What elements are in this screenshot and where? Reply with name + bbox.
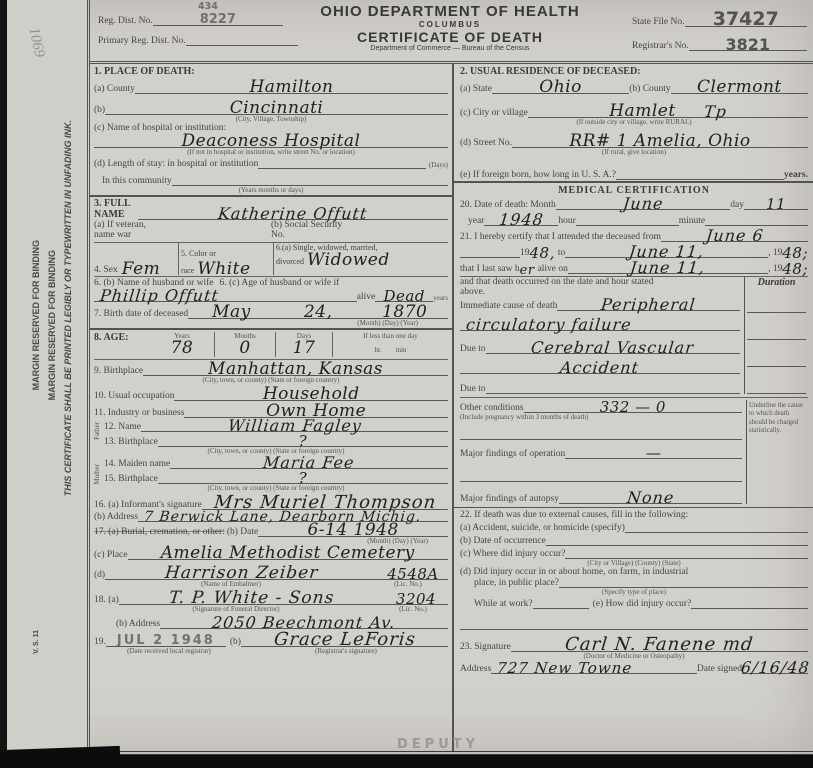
autopsy-findings-label: Major findings of autopsy bbox=[460, 494, 559, 504]
deputy-stamp: DEPUTY bbox=[397, 737, 479, 752]
underline-note-box: Underline the cause to which death shoul… bbox=[746, 400, 808, 504]
dod-month: June bbox=[622, 196, 664, 212]
veteran-label2: name war bbox=[94, 230, 271, 240]
res-state-label: (a) State bbox=[460, 84, 492, 94]
op-findings-value: — bbox=[646, 446, 662, 461]
physician-signature: Carl N. Fanene md bbox=[564, 636, 754, 654]
physician-address: 727 New Towne bbox=[496, 661, 633, 676]
dod-day: 11 bbox=[766, 197, 786, 212]
certificate-title: CERTIFICATE OF DEATH bbox=[265, 29, 635, 45]
dod-minute-blank bbox=[705, 215, 808, 226]
res-county-value: Clermont bbox=[697, 79, 782, 96]
mother-name-value: Maria Fee bbox=[263, 455, 356, 471]
injury-place-sub: (Specify type of place) bbox=[460, 588, 808, 596]
state-file-label: State File No. bbox=[632, 17, 685, 27]
industry-label: 11. Industry or business bbox=[94, 408, 184, 418]
form-header: OHIO DEPARTMENT OF HEALTH COLUMBUS CERTI… bbox=[90, 0, 813, 64]
state-file-number: 37427 bbox=[713, 8, 779, 30]
dod-year-label: year bbox=[460, 216, 484, 226]
age-years-value: 78 bbox=[150, 340, 214, 357]
form-number: V. S. 11 bbox=[33, 630, 40, 654]
embalmer-signature: Harrison Zeiber bbox=[164, 565, 319, 582]
embalmer-lic-sub: (Lic. No.) bbox=[368, 580, 448, 588]
spouse-age-suffix: years bbox=[433, 294, 448, 302]
informant-address: 7 Berwick Lane, Dearborn Michig. bbox=[143, 510, 422, 524]
injury-where-blank bbox=[565, 548, 808, 559]
burial-type-label: 17. (a) Burial, cremation, or other: bbox=[94, 527, 225, 537]
binding-note-1: MARGIN RESERVED FOR BINDING bbox=[31, 240, 41, 390]
race-label: 5. Color or bbox=[181, 249, 216, 258]
last-saw-label: that I last saw h bbox=[460, 264, 520, 274]
birthdate-day: 24, bbox=[304, 304, 333, 321]
immediate-cause-label: Immediate cause of death bbox=[460, 301, 557, 311]
place-of-death-heading: 1. PLACE OF DEATH: bbox=[94, 66, 448, 77]
occurred-line: and that death occurred on the date and … bbox=[460, 277, 740, 287]
full-name-value: Katherine Offutt bbox=[217, 206, 368, 222]
foreign-born-years: years. bbox=[784, 170, 808, 180]
marital-label2: divorced bbox=[276, 257, 304, 266]
birthdate-month: May bbox=[212, 304, 251, 321]
community-blank bbox=[172, 175, 448, 186]
certify-line1: 21. I hereby certify that I attended the… bbox=[460, 232, 661, 242]
physician-addr-label: Address bbox=[460, 664, 491, 674]
physician-sig-label: 23. Signature bbox=[460, 642, 511, 652]
injury-place-label1: (d) Did injury occur in or about home, o… bbox=[460, 567, 808, 577]
injury-where-label: (c) Where did injury occur? bbox=[460, 549, 565, 559]
binding-margin: 1069 MARGIN RESERVED FOR BINDING MARGIN … bbox=[7, 0, 87, 755]
alive-on-label: alive on bbox=[538, 264, 568, 274]
attended-from: June 6 bbox=[705, 228, 764, 244]
father-name-label: 12. Name bbox=[104, 422, 141, 432]
funeral-addr-label: (b) Address bbox=[94, 619, 160, 629]
occurred-line2: above. bbox=[460, 287, 740, 297]
dod-hour-blank bbox=[576, 215, 679, 226]
columbus-subtitle: COLUMBUS bbox=[265, 20, 635, 29]
full-name-label: 3. FULL NAME bbox=[94, 199, 138, 220]
res-county-label: (b) County bbox=[629, 84, 670, 94]
birthplace-label: 9. Birthplace bbox=[94, 366, 143, 376]
received-date-stamp: JUL 2 1948 bbox=[117, 633, 215, 648]
mother-side-label: Mother bbox=[93, 464, 101, 485]
due-to-1-line2: Accident bbox=[560, 360, 641, 376]
due-to-2-label: Due to bbox=[460, 384, 486, 394]
cause-line1: Peripheral bbox=[601, 297, 697, 313]
last-saw-date: June 11, bbox=[630, 260, 707, 276]
ssn-label2: No. bbox=[271, 230, 448, 240]
burial-place-value: Amelia Methodist Cemetery bbox=[161, 545, 415, 562]
age-months-value: 0 bbox=[215, 340, 275, 357]
external-causes-heading: 22. If death was due to external causes,… bbox=[460, 510, 808, 520]
accident-blank bbox=[625, 522, 808, 533]
occupation-label: 10. Usual occupation bbox=[94, 391, 174, 401]
age-days-value: 17 bbox=[276, 340, 332, 357]
other-conditions-value: 332 — 0 bbox=[600, 400, 666, 415]
reg-dist-label: Reg. Dist. No. bbox=[98, 16, 153, 26]
how-injury-label: (e) How did injury occur? bbox=[593, 599, 692, 609]
left-column: 1. PLACE OF DEATH: (a) County Hamilton (… bbox=[90, 64, 452, 751]
sex-value: Fem bbox=[122, 261, 161, 278]
spouse-age-label2: alive bbox=[357, 292, 375, 302]
pronoun: er bbox=[520, 264, 535, 277]
certify-19b: , 19 bbox=[768, 248, 782, 258]
residence-heading: 2. USUAL RESIDENCE OF DECEASED: bbox=[460, 66, 808, 77]
county-value: Hamilton bbox=[249, 79, 333, 96]
spouse-value: Phillip Offutt bbox=[99, 288, 220, 304]
certify-19a: 19 bbox=[520, 248, 530, 258]
occurrence-date-label: (b) Date of occurrence bbox=[460, 536, 546, 546]
cause-line2: circulatory failure bbox=[465, 317, 632, 333]
mother-birthplace-label: 15. Birthplace bbox=[104, 474, 158, 484]
funeral-lic-sub: (Lic. No.) bbox=[378, 605, 448, 613]
res-city-suffix: Tp bbox=[703, 104, 728, 120]
census-bureau-line: Department of Commerce — Bureau of the C… bbox=[265, 45, 635, 52]
certificate-paper: 1069 MARGIN RESERVED FOR BINDING MARGIN … bbox=[7, 0, 813, 755]
dod-hour-label: hour bbox=[558, 216, 575, 226]
res-city-sub: (If outside city or village, write RURAL… bbox=[460, 118, 808, 126]
funeral-director-signature: T. P. White - Sons bbox=[168, 590, 335, 607]
community-sublabel: (Years months or days) bbox=[94, 186, 448, 194]
autopsy-findings-value: None bbox=[626, 490, 675, 506]
primary-reg-dist-label: Primary Reg. Dist. No. bbox=[98, 36, 186, 46]
other-conditions-label: Other conditions bbox=[460, 403, 524, 413]
city-label: (b) bbox=[94, 105, 105, 115]
stay-days-sub: (Days) bbox=[429, 161, 448, 169]
injury-where-sub: (City or Village) (County) (State) bbox=[460, 559, 808, 567]
stay-label: (d) Length of stay: in hospital or insti… bbox=[94, 159, 258, 169]
res-street-label: (d) Street No. bbox=[460, 138, 512, 148]
right-column: 2. USUAL RESIDENCE OF DECEASED: (a) Stat… bbox=[452, 64, 813, 751]
dod-label: 20. Date of death: Month bbox=[460, 200, 556, 210]
embalmer-label: (d) bbox=[94, 570, 105, 580]
while-at-work-blank bbox=[533, 598, 589, 609]
date-signed-value: 6/16/48 bbox=[740, 660, 810, 676]
last-saw-year: 48; bbox=[782, 262, 808, 277]
op-findings-label: Major findings of operation bbox=[460, 449, 565, 459]
community-label: In this community bbox=[94, 176, 172, 186]
stay-blank bbox=[258, 158, 426, 169]
race-label2: race bbox=[181, 266, 194, 275]
due-to-2-blank bbox=[486, 383, 740, 394]
to-year: 48; bbox=[782, 246, 808, 261]
injury-place-blank bbox=[559, 577, 808, 588]
age-less-than-day-label: If less than one day bbox=[333, 332, 448, 340]
occurrence-date-blank bbox=[546, 535, 808, 546]
race-value: White bbox=[197, 261, 250, 278]
birthplace-sublabel: (City, town, or county) (State or foreig… bbox=[94, 376, 448, 384]
father-birthplace-label: 13. Birthplace bbox=[104, 437, 158, 447]
how-injury-blank bbox=[691, 598, 808, 609]
due-to-1-label: Due to bbox=[460, 344, 486, 354]
foreign-born-label: (e) If foreign born, how long in U. S. A… bbox=[460, 170, 616, 180]
marital-value: Widowed bbox=[307, 252, 390, 269]
reg-dist-value: 8227 bbox=[200, 12, 236, 27]
city-sublabel: (City, Village, Township) bbox=[94, 115, 448, 123]
binding-note-2: MARGIN RESERVED FOR BINDING bbox=[47, 250, 57, 400]
primary-reg-dist-blank bbox=[186, 35, 298, 46]
county-label: (a) County bbox=[94, 84, 135, 94]
registrar-sig-label: (b) bbox=[230, 637, 241, 647]
res-state-value: Ohio bbox=[539, 79, 582, 96]
while-at-work-label: While at work? bbox=[460, 599, 533, 609]
res-city-label: (c) City or village bbox=[460, 108, 528, 118]
registrar-no-label: Registrar's No. bbox=[632, 41, 689, 51]
registrar-signature: Grace LeForis bbox=[273, 631, 417, 649]
stamp-434: 434 bbox=[198, 1, 218, 12]
date-signed-label: Date signed bbox=[697, 664, 742, 674]
print-legibly-note: THIS CERTIFICATE SHALL BE PRINTED LEGIBL… bbox=[63, 120, 73, 496]
dod-year: 1948 bbox=[498, 212, 544, 228]
due-to-1-line1: Cerebral Vascular bbox=[531, 340, 696, 356]
birthdate-label: 7. Birth date of deceased bbox=[94, 309, 188, 319]
res-street-sub: (If rural, give location) bbox=[460, 148, 808, 156]
injury-place-label2: place, in public place? bbox=[460, 578, 559, 588]
duration-column: Duration bbox=[744, 277, 808, 394]
scan-bottom-edge bbox=[0, 755, 813, 768]
from-year: 48, bbox=[530, 246, 555, 261]
accident-label: (a) Accident, suicide, or homicide (spec… bbox=[460, 523, 625, 533]
certify-to-label: to bbox=[558, 248, 565, 258]
scanned-death-certificate: 1069 MARGIN RESERVED FOR BINDING MARGIN … bbox=[0, 0, 813, 768]
dod-day-label: day bbox=[730, 200, 744, 210]
father-side-label: Father bbox=[93, 422, 101, 440]
foreign-born-blank bbox=[616, 169, 784, 180]
burial-date-label: (b) Date bbox=[227, 527, 258, 537]
margin-handwritten-number: 1069 bbox=[25, 26, 48, 59]
certify-blank bbox=[460, 247, 520, 258]
dod-minute-label: minute bbox=[679, 216, 705, 226]
hospital-sublabel: (If not in hospital or institution, writ… bbox=[94, 148, 448, 156]
registrar-number: 3821 bbox=[726, 35, 771, 54]
received-sub: (Date received local registrar) bbox=[94, 647, 244, 655]
certificate-form: OHIO DEPARTMENT OF HEALTH COLUMBUS CERTI… bbox=[87, 0, 813, 755]
burial-place-label: (c) Place bbox=[94, 550, 128, 560]
birthdate-sublabel: (Month) (Day) (Year) bbox=[94, 319, 448, 327]
underline-note: Underline the cause to which death shoul… bbox=[749, 402, 803, 434]
age-hr-label: hr. bbox=[374, 346, 381, 354]
duration-label: Duration bbox=[747, 277, 806, 288]
spouse-age-label: 6. (c) Age of husband or wife if bbox=[220, 278, 340, 288]
informant-addr-label: (b) Address bbox=[94, 512, 138, 522]
sex-label: 4. Sex bbox=[94, 265, 118, 275]
received-label: 19. bbox=[94, 637, 106, 647]
certify-19c: , 19 bbox=[768, 264, 782, 274]
father-name-value: William Fagley bbox=[227, 418, 363, 434]
funeral-label: 18. (a) bbox=[94, 595, 119, 605]
mother-birthplace-sub: (City, town, or county) (State or foreig… bbox=[104, 484, 448, 492]
age-label: 8. AGE: bbox=[94, 332, 150, 357]
mother-name-label: 14. Maiden name bbox=[104, 459, 170, 469]
age-min-label: min bbox=[396, 346, 407, 354]
dept-title: OHIO DEPARTMENT OF HEALTH bbox=[265, 3, 635, 20]
